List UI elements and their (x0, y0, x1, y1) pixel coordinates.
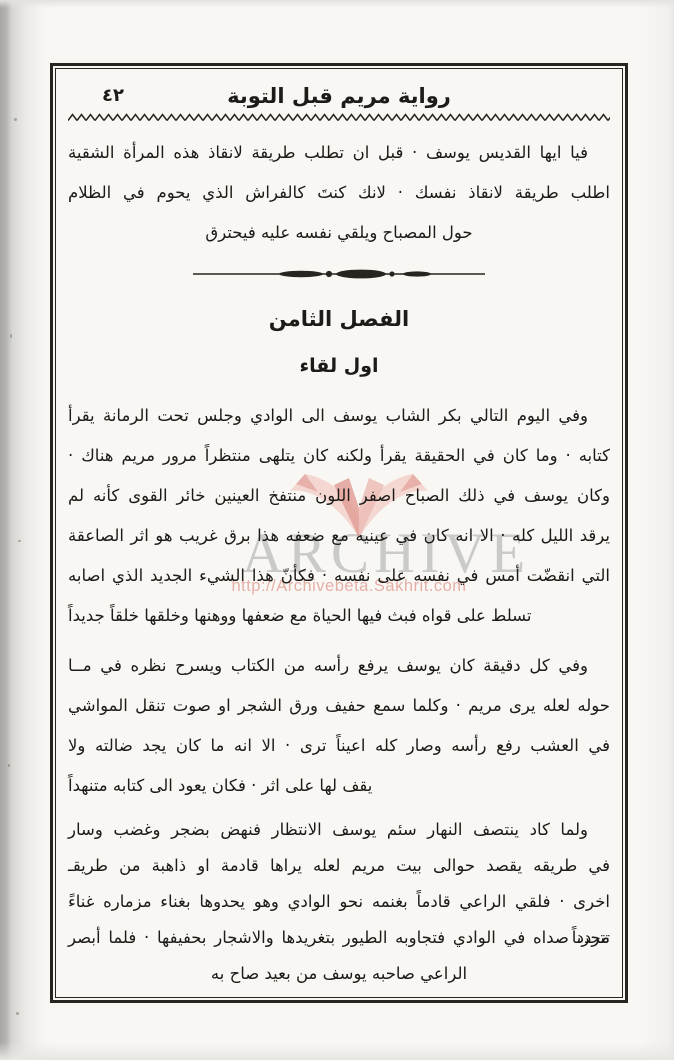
text-line: حوله لعله يرى مريم · وكلما سمع حفيف ورق … (68, 686, 610, 726)
text-line: وفي كل دقيقة كان يوسف يرفع رأسه من الكتا… (68, 646, 610, 686)
page-header: ٤٢ رواية مريم قبل التوبة (68, 72, 610, 109)
paragraph: وفي كل دقيقة كان يوسف يرفع رأسه من الكتا… (68, 646, 610, 806)
section-heading: اول لقاء (68, 351, 610, 381)
text-line: في طريقه يقصد حوالى بيت مريم لعله يراها … (68, 848, 610, 884)
text-line: يقف لها على اثر · فكان يعود الى كتابه مت… (68, 766, 610, 806)
scan-edge-bottom (0, 1042, 674, 1060)
text-line: ولما كاد ينتصف النهار سئم يوسف الانتظار … (68, 812, 610, 848)
text-line: حول المصباح ويلقي نفسه عليه فيحترق (68, 213, 610, 253)
text-line: في العشب رفع رأسه وصار كله اعيناً ترى · … (68, 726, 610, 766)
scan-speck (8, 764, 10, 767)
text-line: الراعي صاحبه يوسف من بعيد صاح به (68, 956, 610, 992)
scan-speck (14, 118, 17, 121)
scan-speck (16, 1012, 19, 1015)
page-content: ٤٢ رواية مريم قبل التوبة فيا ايها القديس… (68, 72, 610, 992)
text-line: التي انقضّت أمس في نفسه على نفسه · فكأنّ… (68, 556, 610, 596)
text-line: يرقد الليل كله · الا انه كان في عينيه مع… (68, 516, 610, 556)
scan-speck (18, 540, 21, 542)
paragraph: ولما كاد ينتصف النهار سئم يوسف الانتظار … (68, 812, 610, 992)
text-line: وكان يوسف في ذلك الصباح اصفر اللون منتفخ… (68, 476, 610, 516)
running-title: رواية مريم قبل التوبة (68, 72, 610, 108)
scan-edge-top (0, 0, 674, 8)
page-number: ٤٢ (102, 85, 124, 106)
paragraph: فيا ايها القديس يوسف · قبل ان تطلب طريقة… (68, 133, 610, 253)
text-line: فيا ايها القديس يوسف · قبل ان تطلب طريقة… (68, 133, 610, 173)
text-line: كتابه · وما كان في الحقيقة يقرأ ولكنه كا… (68, 436, 610, 476)
text-line: اطلب طريقة لانقاذ نفسك · لانك كنتَ كالفر… (68, 173, 610, 213)
chapter-heading: الفصل الثامن (68, 302, 610, 336)
ornament-divider (68, 266, 610, 281)
scan-speck (10, 334, 12, 338)
text-line: اخرى · فلقي الراعي قادماً بغنمه نحو الوا… (68, 884, 610, 920)
page-border-inner-rule: ARCHIVE http://Archivebeta.Sakhrit.com ٤… (55, 68, 623, 998)
wavy-rule (68, 111, 610, 124)
page-border-frame: ARCHIVE http://Archivebeta.Sakhrit.com ٤… (50, 63, 628, 1003)
text-line: تتردد صداه في الوادي فتجاوبه الطيور بتغر… (68, 920, 610, 956)
text-line: وفي اليوم التالي بكر الشاب يوسف الى الوا… (68, 396, 610, 436)
text-line: تسلط على قواه فبث فيها الحياة مع ضعفها و… (68, 596, 610, 636)
paragraph: وفي اليوم التالي بكر الشاب يوسف الى الوا… (68, 396, 610, 636)
